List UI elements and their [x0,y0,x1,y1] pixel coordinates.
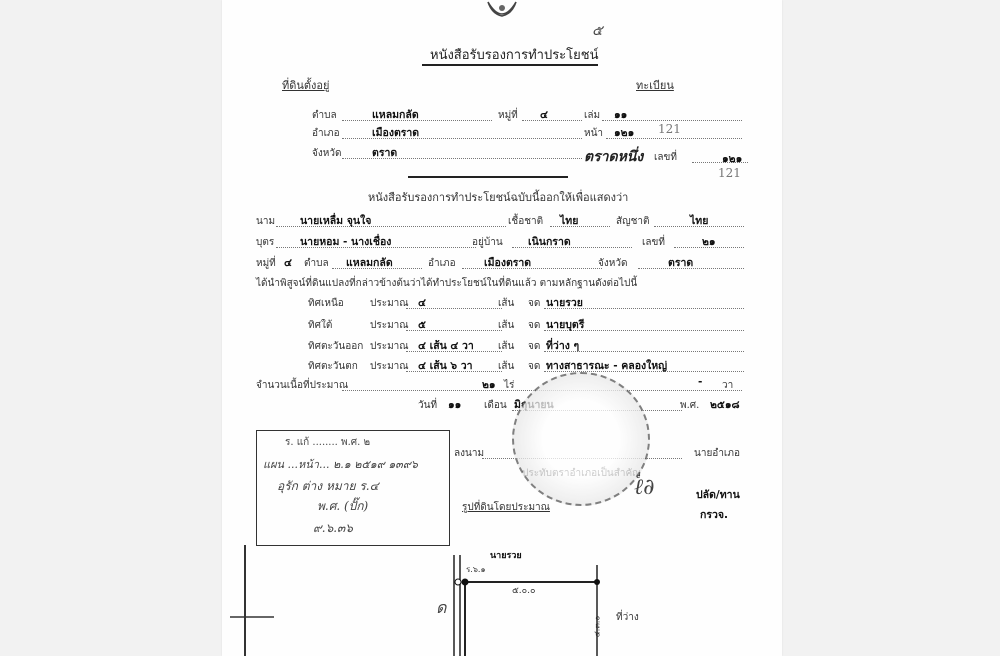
official-seal [512,372,650,506]
race-label: เชื้อชาติ [508,214,543,229]
boundary-direction: ทิศเหนือ [308,296,344,311]
signer-title: นายอำเภอ [694,446,740,461]
owner-parents: นายหอม - นางเชื่อง [300,233,391,250]
sketch-corner-label: ร.๖.๑ [466,563,486,576]
boundary-adjacent: ที่ว่าง ๆ [546,337,579,354]
tambon-label: ตำบล [312,108,337,123]
house-no-value: ๒๑ [702,233,716,250]
boundary-direction: ทิศตะวันตก [308,359,358,374]
boundary-adjacent: นายบุตรี [546,316,584,333]
no-prefix: ตราดหนึ่ง [584,146,643,168]
page-label: หน้า [584,126,603,141]
boundary-approx-label: ประมาณ [370,296,409,311]
day-label: วันที่ [418,398,437,413]
race-value: ไทย [560,212,578,229]
owner-tambon-value: แหลมกลัด [346,254,393,271]
year-value: ๒๕๑๘ [710,396,740,413]
sketch-west-mark: ด [436,596,446,621]
changwat-value: ตราด [372,144,397,161]
no-handwritten: 121 [718,166,741,180]
boundary-adj-label: จด [528,318,540,333]
area-rai-unit: ไร่ [504,378,514,393]
annotation-line-4: พ.ศ. (ปั๊ก) [317,497,368,516]
boundary-adj-label: จด [528,296,540,311]
owner-tambon-label: ตำบล [304,256,329,271]
owner-changwat-value: ตราด [668,254,693,271]
amphoe-label: อำเภอ [312,126,340,141]
boundary-adj-label: จด [528,359,540,374]
owner-amphoe-value: เมืองตราด [484,254,531,271]
document-title: หนังสือรับรองการทำประโยชน์ [430,44,598,65]
sign-label: ลงนาม [454,446,484,461]
sketch-right-dim: ๔.๓.๐ [590,616,603,638]
boundary-unit: เส้น [498,318,514,333]
garuda-emblem-icon [484,0,520,22]
location-heading: ที่ดินตั้งอยู่ [282,76,329,94]
area-wa-unit: วา [722,378,733,393]
sketch-caption: รูปที่ดินโดยประมาณ [462,500,550,515]
boundary-unit: เส้น [498,359,514,374]
nationality-label: สัญชาติ [616,214,650,229]
sketch-north-label: นายรวย [490,548,522,562]
boundary-approx-label: ประมาณ [370,359,409,374]
margin-note: ๕ [592,20,603,42]
name-label: นาม [256,214,275,229]
moo-label: หมู่ที่ [498,108,518,123]
year-label: พ.ศ. [680,398,699,413]
subtitle: หนังสือรับรองการทำประโยชน์ฉบับนี้ออกให้เ… [368,188,628,206]
changwat-label: จังหวัด [312,146,341,161]
area-label: จำนวนเนื้อที่ประมาณ [256,378,348,393]
annotation-line-1: ร. แก้ ........ พ.ศ. ๒ [285,435,370,450]
area-rai: ๒๑ [482,376,496,393]
registry-heading: ทะเบียน [636,76,674,94]
owner-name: นายเหลื่ม จุนใจ [300,212,371,229]
title-underline [422,64,598,66]
boundary-approx-label: ประมาณ [370,318,409,333]
day-value: ๑๑ [448,396,461,413]
boundary-approx-label: ประมาณ [370,339,409,354]
boundary-direction: ทิศตะวันออก [308,339,363,354]
boundary-unit: เส้น [498,296,514,311]
volume-label: เล่ม [584,108,600,123]
boundary-length: ๔ [418,294,426,311]
village-label: อยู่บ้าน [472,235,503,250]
section-divider [408,176,568,178]
child-label: บุตร [256,235,274,250]
month-label: เดือน [484,398,507,413]
tambon-value: แหลมกลัด [372,106,419,123]
annotation-box: ร. แก้ ........ พ.ศ. ๒ แผน ...หน้า... ๒.… [256,430,450,546]
signer-office: กรวจ. [700,506,728,523]
annotation-line-3: อุรัก ต่าง หมาย ร.๔ [277,477,379,496]
boundary-direction: ทิศใต้ [308,318,332,333]
page-value: ๑๒๑ [614,124,634,141]
signer-role: ปลัด/ทาน [696,486,740,503]
sketch-top-dim: ๕.๐.๐ [512,583,536,597]
owner-moo-value: ๔ [284,254,292,271]
owner-changwat-label: จังหวัด [598,256,627,271]
owner-amphoe-label: อำเภอ [428,256,456,271]
boundary-length: ๔ เส้น ๖ วา [418,357,473,374]
boundary-length: ๕ [418,316,426,333]
nationality-value: ไทย [690,212,708,229]
sketch-right-label: ที่ว่าง [616,610,639,625]
annotation-line-2: แผน ...หน้า... ๒.๑ ๒๕๑๙ ๑๓๙๖ [263,455,418,473]
moo-value: ๔ [540,106,548,123]
owner-moo-label: หมู่ที่ [256,256,276,271]
statement: ได้นำพิสูจน์ที่ดินแปลงที่กล่าวข้างต้นว่า… [256,276,637,291]
boundary-adj-label: จด [528,339,540,354]
amphoe-value: เมืองตราด [372,124,419,141]
house-no-label: เลขที่ [642,235,665,250]
boundary-unit: เส้น [498,339,514,354]
volume-value: ๑๑ [614,106,627,123]
area-wa: - [698,376,702,388]
boundary-length: ๔ เส้น ๔ วา [418,337,474,354]
no-value: ๑๒๑ [722,150,742,167]
page-handwritten: 121 [658,122,681,136]
annotation-line-5: ๙.๖.๓๖ [313,519,353,538]
document-page: หนังสือรับรองการทำประโยชน์ ๕ ที่ดินตั้งอ… [222,0,782,656]
no-label: เลขที่ [654,150,677,165]
village-value: เนินกราด [528,233,571,250]
boundary-adjacent: นายรวย [546,294,583,311]
boundary-adjacent: ทางสาธารณะ - คลองใหญ่ [546,357,667,374]
